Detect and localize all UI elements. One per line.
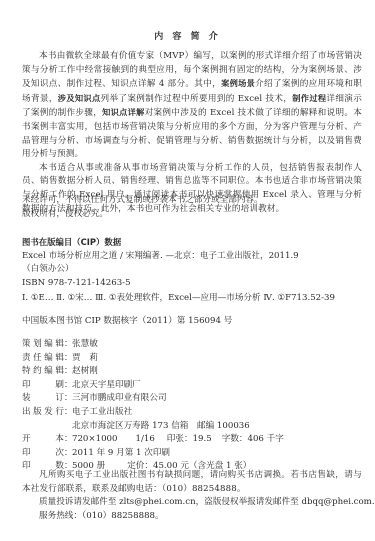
cip-heading: 图书在版编目（CIP）数据 — [22, 236, 362, 250]
copyright-line-2: 版权所有，侵权必究。 — [22, 208, 362, 222]
production-row: 装订：三河市鹏成印业有限公司 — [22, 392, 362, 406]
copyright-notice: 未经许可，不得以任何方式复制或抄袭本书之部分或全部内容。 版权所有，侵权必究。 — [22, 194, 362, 221]
editor-row: 策划编辑：张慧敏 — [22, 338, 362, 352]
bold-term: 涉及知识点 — [58, 93, 101, 103]
editor-row: 责任编辑：贾 莉 — [22, 352, 362, 366]
edition-row: 印次：2011 年 9 月第 1 次印刷 — [22, 447, 362, 461]
publisher-address: 北京市海淀区万寿路 173 信箱 邮编 100036 — [72, 420, 250, 434]
copyright-line-1: 未经许可，不得以任何方式复制或抄袭本书之部分或全部内容。 — [22, 194, 362, 208]
production-row: 印刷：北京天宇星印刷厂 — [22, 379, 362, 393]
footer-hotline: 服务热线：（010）88258888。 — [22, 510, 362, 524]
cip-record: 中国版本图书馆 CIP 数据核字（2011）第 156094 号 — [22, 315, 362, 329]
editors-section: 策划编辑：张慧敏 责任编辑：贾 莉 特约编辑：赵树刚 印刷：北京天宇星印刷厂 装… — [22, 338, 362, 474]
copyright-page: 内 容 简 介 本书由微软全球最有价值专家（MVP）编写，以案例的形式详细介绍了… — [0, 0, 375, 541]
cip-series: （白领办公） — [22, 263, 362, 277]
bold-term: 制作过程 — [292, 93, 326, 103]
format-row: 开本：720×10001/16印张：19.5字数：406 千字 — [22, 433, 362, 447]
cip-entry: Excel 市场分析应用之道 / 宋翔编著. —北京：电子工业出版社，2011.… — [22, 250, 362, 264]
cip-record-block: 中国版本图书馆 CIP 数据核字（2011）第 156094 号 — [22, 315, 362, 329]
intro-paragraph-1: 本书由微软全球最有价值专家（MVP）编写，以案例的形式详细介绍了市场营销决策与分… — [22, 50, 362, 162]
intro-section: 本书由微软全球最有价值专家（MVP）编写，以案例的形式详细介绍了市场营销决策与分… — [22, 50, 362, 216]
production-row: 出版发行：电子工业出版社 — [22, 406, 362, 420]
bold-term: 案例场景 — [221, 78, 255, 88]
cip-classification: Ⅰ. ①E… Ⅱ. ①宋… Ⅲ. ①表处理软件，Excel—应用—市场分析 Ⅳ.… — [22, 292, 362, 306]
cip-section: 图书在版编目（CIP）数据 Excel 市场分析应用之道 / 宋翔编著. —北京… — [22, 236, 362, 290]
publisher-address-row: 北京市海淀区万寿路 173 信箱 邮编 100036 — [22, 420, 362, 434]
footer-notice: 凡所购买电子工业出版社图书有缺损问题，请向购买书店调换。若书店售缺，请与本社发行… — [22, 469, 362, 523]
footer-complaint-line: 质量投诉请发邮件至 zlts@phei.com.cn，盗版侵权举报请发邮件至 d… — [22, 496, 362, 510]
editor-row: 特约编辑：赵树刚 — [22, 365, 362, 379]
footer-paragraph-1: 凡所购买电子工业出版社图书有缺损问题，请向购买书店调换。若书店售缺，请与本社发行… — [22, 469, 362, 496]
page-title: 内 容 简 介 — [0, 31, 375, 45]
cip-isbn: ISBN 978-7-121-14263-5 — [22, 277, 362, 291]
bold-term: 知识点详解 — [102, 107, 144, 117]
cip-classification-block: Ⅰ. ①E… Ⅱ. ①宋… Ⅲ. ①表处理软件，Excel—应用—市场分析 Ⅳ.… — [22, 292, 362, 306]
